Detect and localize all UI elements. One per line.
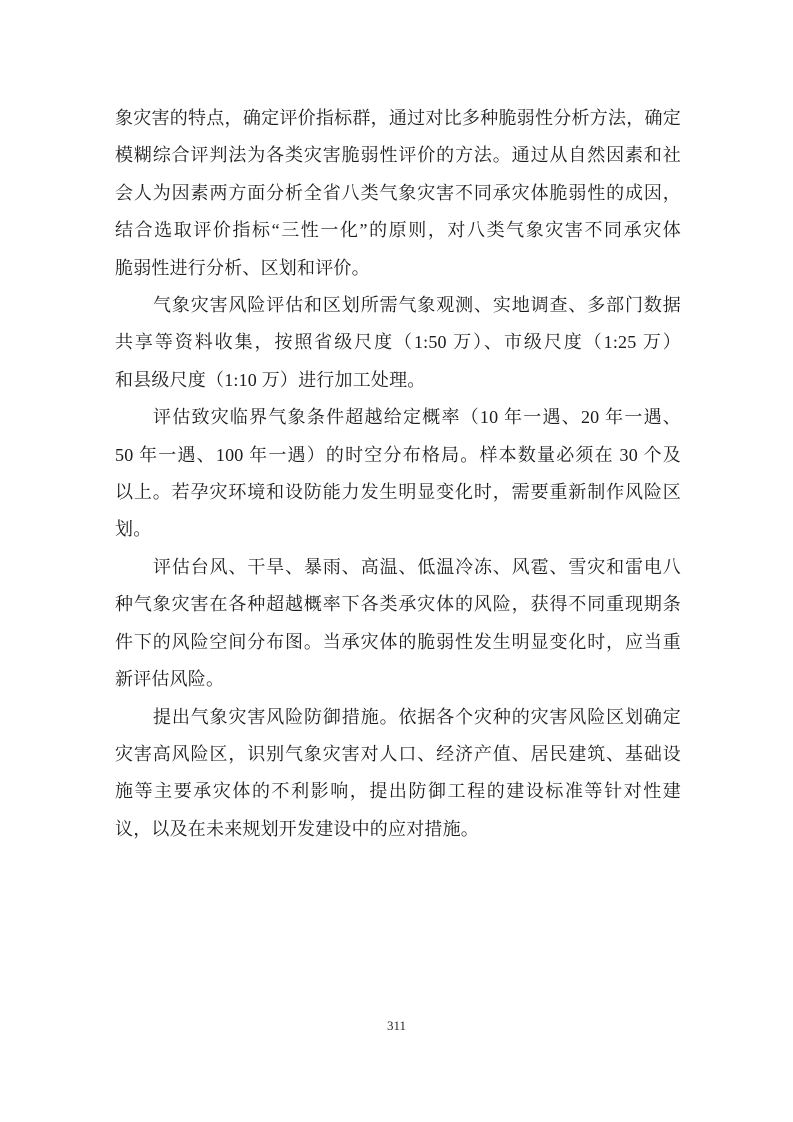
text-line: 提出气象灾害风险防御措施。依据各个灾种的灾害风险区划确定 — [115, 699, 681, 736]
text-line: 50 年一遇、100 年一遇）的时空分布格局。样本数量必须在 30 个及 — [115, 437, 681, 474]
paragraph: 评估台风、干旱、暴雨、高温、低温冷冻、风雹、雪灾和雷电八种气象灾害在各种超越概率… — [115, 549, 681, 699]
paragraph: 象灾害的特点，确定评价指标群，通过对比多种脆弱性分析方法，确定模糊综合评判法为各… — [115, 100, 681, 287]
text-line: 新评估风险。 — [115, 661, 681, 698]
text-line: 气象灾害风险评估和区划所需气象观测、实地调查、多部门数据 — [115, 287, 681, 324]
page-number: 311 — [0, 1018, 793, 1034]
document-page: 象灾害的特点，确定评价指标群，通过对比多种脆弱性分析方法，确定模糊综合评判法为各… — [0, 0, 793, 1122]
text-line: 脆弱性进行分析、区划和评价。 — [115, 250, 681, 287]
paragraph: 提出气象灾害风险防御措施。依据各个灾种的灾害风险区划确定灾害高风险区，识别气象灾… — [115, 699, 681, 849]
text-line: 议，以及在未来规划开发建设中的应对措施。 — [115, 811, 681, 848]
text-line: 评估致灾临界气象条件超越给定概率（10 年一遇、20 年一遇、 — [115, 399, 681, 436]
paragraph: 评估致灾临界气象条件超越给定概率（10 年一遇、20 年一遇、50 年一遇、10… — [115, 399, 681, 549]
text-line: 件下的风险空间分布图。当承灾体的脆弱性发生明显变化时，应当重 — [115, 624, 681, 661]
text-line: 施等主要承灾体的不利影响，提出防御工程的建设标准等针对性建 — [115, 773, 681, 810]
text-line: 象灾害的特点，确定评价指标群，通过对比多种脆弱性分析方法，确定 — [115, 100, 681, 137]
text-line: 结合选取评价指标“三性一化”的原则，对八类气象灾害不同承灾体 — [115, 212, 681, 249]
text-line: 会人为因素两方面分析全省八类气象灾害不同承灾体脆弱性的成因， — [115, 175, 681, 212]
text-line: 和县级尺度（1:10 万）进行加工处理。 — [115, 362, 681, 399]
body-text: 象灾害的特点，确定评价指标群，通过对比多种脆弱性分析方法，确定模糊综合评判法为各… — [115, 100, 681, 848]
paragraph: 气象灾害风险评估和区划所需气象观测、实地调查、多部门数据共享等资料收集，按照省级… — [115, 287, 681, 399]
text-line: 种气象灾害在各种超越概率下各类承灾体的风险，获得不同重现期条 — [115, 586, 681, 623]
text-line: 评估台风、干旱、暴雨、高温、低温冷冻、风雹、雪灾和雷电八 — [115, 549, 681, 586]
text-line: 以上。若孕灾环境和设防能力发生明显变化时，需要重新制作风险区 — [115, 474, 681, 511]
text-line: 模糊综合评判法为各类灾害脆弱性评价的方法。通过从自然因素和社 — [115, 137, 681, 174]
text-line: 共享等资料收集，按照省级尺度（1:50 万）、市级尺度（1:25 万） — [115, 324, 681, 361]
text-line: 灾害高风险区，识别气象灾害对人口、经济产值、居民建筑、基础设 — [115, 736, 681, 773]
text-line: 划。 — [115, 511, 681, 548]
